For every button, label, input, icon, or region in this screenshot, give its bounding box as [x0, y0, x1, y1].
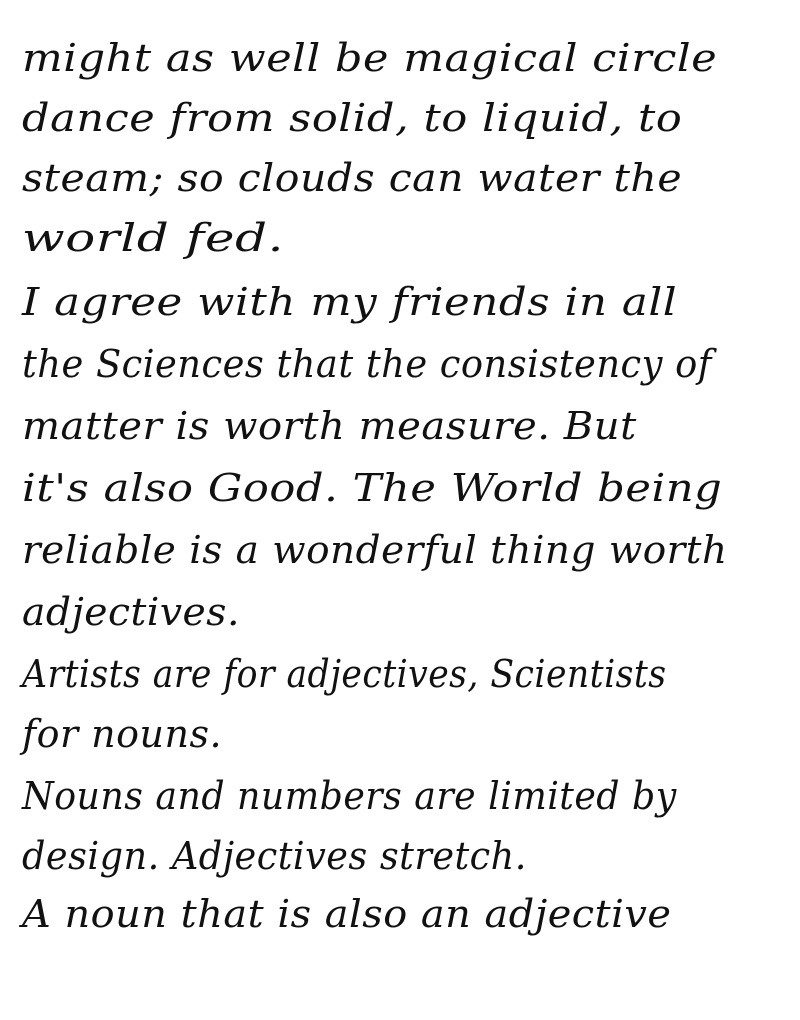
text-line: Nouns and numbers are limited by [22, 774, 677, 818]
text-line: matter is worth measure. But [22, 404, 637, 448]
text-line: reliable is a wonderful thing worth [22, 528, 728, 572]
text-line: Artists are for adjectives, Scientists [22, 652, 666, 696]
text-line: for nouns. [22, 712, 222, 756]
text-line: I agree with my friends in all [22, 280, 677, 324]
text-line: it's also Good. The World being [22, 466, 722, 510]
text-line: A noun that is also an adjective [22, 892, 672, 936]
text-line: the Sciences that the consistency of [22, 342, 712, 386]
text-line: might as well be magical circle [22, 36, 717, 80]
text-line: world fed. [22, 216, 284, 260]
text-line: dance from solid, to liquid, to [22, 96, 682, 140]
text-line: design. Adjectives stretch. [22, 834, 527, 878]
text-line: adjectives. [22, 590, 240, 634]
handwritten-page: might as well be magical circle dance fr… [0, 0, 800, 1020]
text-line: steam; so clouds can water the [22, 156, 682, 200]
